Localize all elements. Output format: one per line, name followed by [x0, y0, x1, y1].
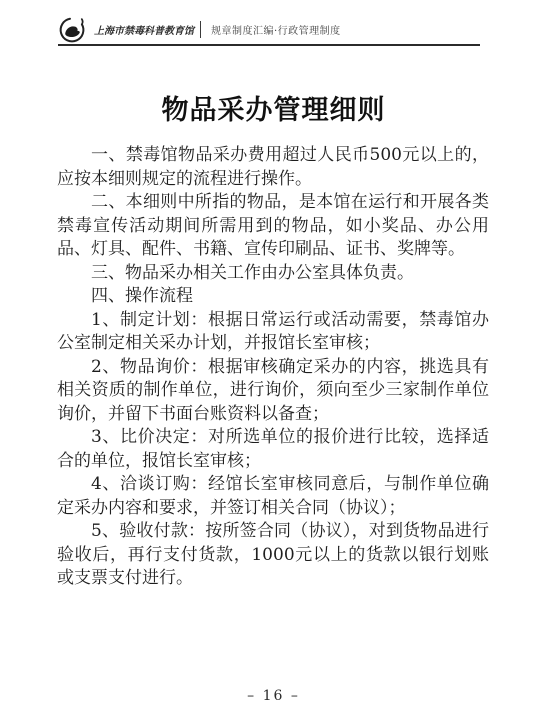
page-title: 物品采办管理细则: [0, 88, 547, 127]
paragraph: 3、比价决定：对所选单位的报价进行比较，选择适合的单位，报馆长室审核；: [57, 426, 489, 473]
paragraph: 2、物品询价：根据审核确定采办的内容，挑选具有相关资质的制作单位，进行询价，须向…: [57, 356, 489, 427]
paragraph: 1、制定计划：根据日常运行或活动需要，禁毒馆办公室制定相关采办计划，并报馆长室审…: [57, 309, 489, 356]
page-header: 上海市禁毒科普教育馆 规章制度汇编·行政管理制度: [58, 14, 488, 44]
paragraph: 四、操作流程: [57, 285, 489, 309]
museum-brand-text: 上海市禁毒科普教育馆: [94, 22, 194, 37]
document-page: 上海市禁毒科普教育馆 规章制度汇编·行政管理制度 物品采办管理细则 一、禁毒馆物…: [0, 0, 547, 727]
paragraph: 二、本细则中所指的物品，是本馆在运行和开展各类禁毒宣传活动期间所需用到的物品，如…: [57, 191, 489, 262]
header-subtitle: 规章制度汇编·行政管理制度: [211, 22, 341, 37]
paragraph: 4、洽谈订购：经馆长室审核同意后，与制作单位确定采办内容和要求，并签订相关合同（…: [57, 473, 489, 520]
document-body: 一、禁毒馆物品采办费用超过人民币500元以上的，应按本细则规定的流程进行操作。 …: [57, 144, 489, 591]
header-rule: [58, 44, 480, 46]
paragraph: 5、验收付款：按所签合同（协议），对到货物品进行验收后，再行支付货款，1000元…: [57, 520, 489, 591]
paragraph: 三、物品采办相关工作由办公室具体负责。: [57, 262, 489, 286]
paragraph: 一、禁毒馆物品采办费用超过人民币500元以上的，应按本细则规定的流程进行操作。: [57, 144, 489, 191]
page-number: – 16 –: [0, 688, 547, 704]
bird-emblem-icon: [58, 16, 86, 44]
header-divider: [200, 21, 201, 38]
